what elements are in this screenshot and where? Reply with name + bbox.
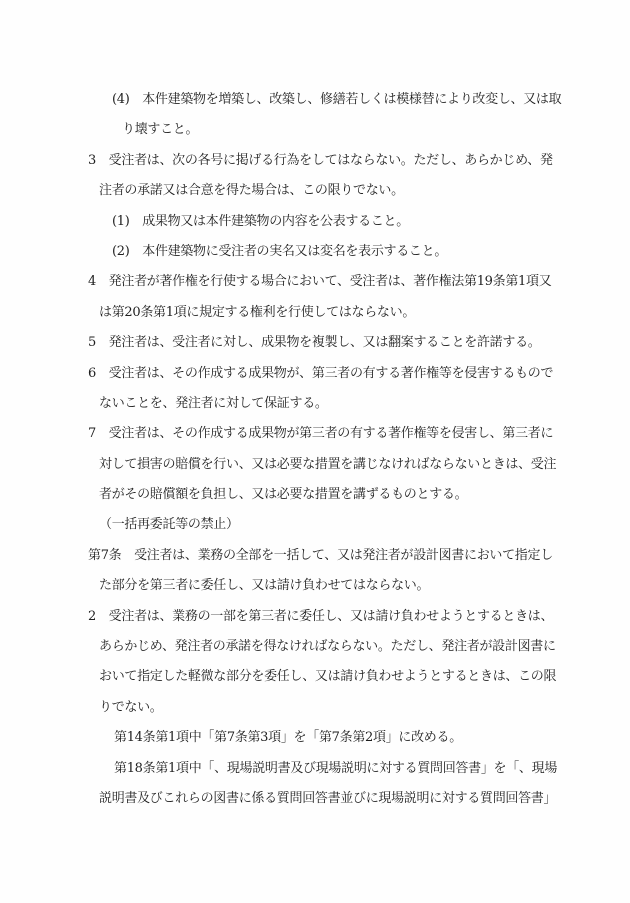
text-line: 6 受注者は、その作成する成果物が、第三者の有する著作権等を侵害するもので bbox=[0, 359, 630, 389]
text-line: 第7条 受注者は、業務の全部を一括して、又は発注者が設計図書において指定し bbox=[0, 541, 630, 571]
document-body: (4) 本件建築物を増築し、改築し、修繕若しくは模様替により改変し、又は取り壊す… bbox=[0, 85, 630, 814]
text-line: 第14条第1項中「第7条第3項」を「第7条第2項」に改める。 bbox=[0, 723, 630, 753]
text-line: 者がその賠償額を負担し、又は必要な措置を講ずるものとする。 bbox=[0, 480, 630, 510]
text-line: 5 発注者は、受注者に対し、成果物を複製し、又は翻案することを許諾する。 bbox=[0, 328, 630, 358]
document-page: (4) 本件建築物を増築し、改築し、修繕若しくは模様替により改変し、又は取り壊す… bbox=[0, 0, 630, 903]
text-line: た部分を第三者に委任し、又は請け負わせてはならない。 bbox=[0, 571, 630, 601]
text-line: ないことを、発注者に対して保証する。 bbox=[0, 389, 630, 419]
text-line: 7 受注者は、その作成する成果物が第三者の有する著作権等を侵害し、第三者に bbox=[0, 419, 630, 449]
text-line: 4 発注者が著作権を行使する場合において、受注者は、著作権法第19条第1項又 bbox=[0, 267, 630, 297]
text-line: りでない。 bbox=[0, 693, 630, 723]
text-line: おいて指定した軽微な部分を委任し、又は請け負わせようとするときは、この限 bbox=[0, 662, 630, 692]
text-line: (2) 本件建築物に受注者の実名又は変名を表示すること。 bbox=[0, 237, 630, 267]
text-line: は第20条第1項に規定する権利を行使してはならない。 bbox=[0, 298, 630, 328]
text-line: (4) 本件建築物を増築し、改築し、修繕若しくは模様替により改変し、又は取 bbox=[0, 85, 630, 115]
text-line: 第18条第1項中「、現場説明書及び現場説明に対する質問回答書」を「、現場 bbox=[0, 754, 630, 784]
text-line: り壊すこと。 bbox=[0, 115, 630, 145]
text-line: あらかじめ、発注者の承諾を得なければならない。ただし、発注者が設計図書に bbox=[0, 632, 630, 662]
text-line: (1) 成果物又は本件建築物の内容を公表すること。 bbox=[0, 207, 630, 237]
text-line: 説明書及びこれらの図書に係る質問回答書並びに現場説明に対する質問回答書」 bbox=[0, 784, 630, 814]
text-line: 2 受注者は、業務の一部を第三者に委任し、又は請け負わせようとするときは、 bbox=[0, 602, 630, 632]
text-line: 注者の承諾又は合意を得た場合は、この限りでない。 bbox=[0, 176, 630, 206]
text-line: （一括再委託等の禁止） bbox=[0, 510, 630, 540]
text-line: 3 受注者は、次の各号に掲げる行為をしてはならない。ただし、あらかじめ、発 bbox=[0, 146, 630, 176]
text-line: 対して損害の賠償を行い、又は必要な措置を講じなければならないときは、受注 bbox=[0, 450, 630, 480]
